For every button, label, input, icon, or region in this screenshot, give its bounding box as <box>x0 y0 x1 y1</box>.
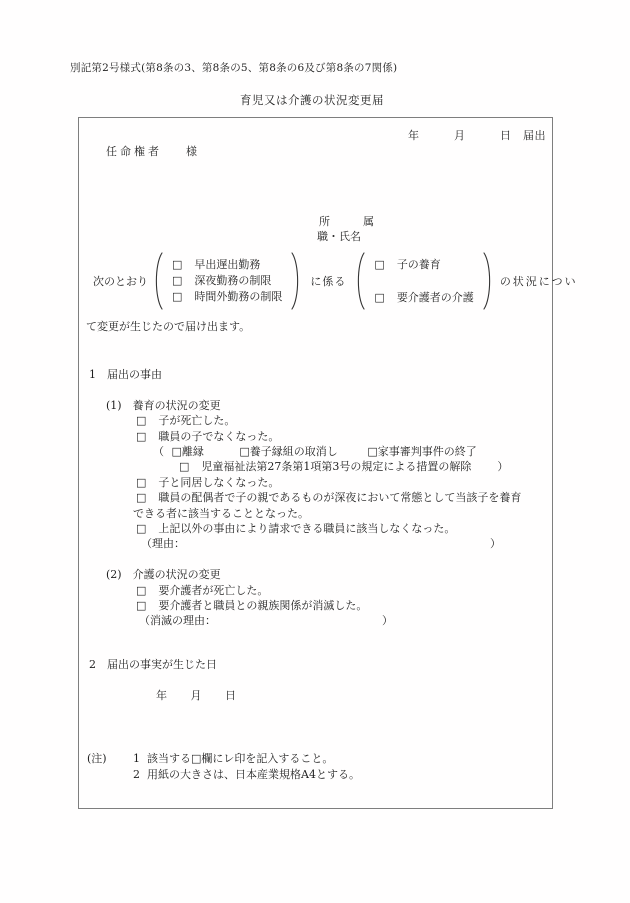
paren-close: ） <box>497 460 508 473</box>
notes-block: (注) 1 該当する□欄にレ印を記入すること。 2 用紙の大きさは、日本産業規格… <box>87 751 360 783</box>
item-label: 職員の子でなくなった。 <box>158 430 279 443</box>
work-option-item: □時間外勤務の制限 <box>172 289 282 305</box>
option-label: 早出遅出勤務 <box>194 258 260 271</box>
work-option-item: □早出遅出勤務 <box>172 257 282 273</box>
form-page: 別記第2号様式(第8条の3、第8条の5、第8条の6及び第8条の7関係) 育児又は… <box>0 0 630 903</box>
item-label: 要介護者が死亡した。 <box>158 584 268 597</box>
reason-open: （理由： <box>141 536 185 551</box>
item-label: 子と同居しなくなった。 <box>158 476 279 489</box>
paren-open: （ <box>153 445 164 458</box>
option-label: 深夜勤務の制限 <box>194 274 271 287</box>
checkbox-icon[interactable]: □ <box>179 459 189 474</box>
form-border-box: 年 月 日 届出 任命権者様 所 属 職・氏名 次のとおり □早出遅出勤務 □深… <box>78 117 553 809</box>
checkbox-item: □職員の子でなくなった。 <box>89 429 545 444</box>
care-option-list: □子の養育 □要介護者の介護 <box>366 257 481 305</box>
note-text: 該当する□欄にレ印を記入すること。 <box>147 751 333 767</box>
note-text: 用紙の大きさは、日本産業規格A4とする。 <box>147 767 360 783</box>
note-number: 2 <box>133 767 147 783</box>
item-label: 児童福祉法第27条第1項第3号の規定による措置の解除 <box>201 460 471 473</box>
inline-checkbox-option[interactable]: □養子縁組の取消し <box>239 445 337 458</box>
option-label: 時間外勤務の制限 <box>194 290 282 303</box>
checkbox-item: □子と同居しなくなった。 <box>89 475 545 490</box>
checkbox-item: □子が死亡した。 <box>89 413 545 428</box>
checkbox-item: □上記以外の事由により請求できる職員に該当しなくなった。 <box>89 521 545 536</box>
intro-continuation: て変更が生じたので届け出ます。 <box>86 318 250 334</box>
checkbox-item: □職員の配偶者で子の親であるものが深夜において常態として当該子を養育 <box>89 490 545 505</box>
checkbox-icon[interactable]: □ <box>374 290 384 305</box>
checkbox-icon[interactable]: □ <box>374 257 384 272</box>
submission-date-line: 年 月 日 届出 <box>408 127 546 143</box>
dissolution-detail-line: （ □離縁 □養子縁組の取消し □家事審判事件の終了 <box>89 444 545 459</box>
checkbox-icon[interactable]: □ <box>136 475 146 490</box>
item-label: 上記以外の事由により請求できる職員に該当しなくなった。 <box>158 522 455 535</box>
item-label: 要介護者と職員との親族関係が消滅した。 <box>158 599 367 612</box>
subsection1-heading: (1) 養育の状況の変更 <box>89 398 545 413</box>
care-option-item: □子の養育 <box>374 257 473 272</box>
occurrence-date-line: 年 月 日 <box>89 688 545 703</box>
checkbox-icon[interactable]: □ <box>136 429 146 444</box>
intro-prefix: 次のとおり <box>93 273 148 289</box>
open-paren-icon <box>151 252 164 310</box>
checkbox-icon[interactable]: □ <box>172 273 182 289</box>
care-type-bracket-group: □子の養育 □要介護者の介護 <box>353 252 494 310</box>
note-item: (注) 1 該当する□欄にレ印を記入すること。 <box>87 751 360 767</box>
close-paren-icon <box>482 252 495 310</box>
position-name-label: 職・氏名 <box>317 228 361 244</box>
work-option-item: □深夜勤務の制限 <box>172 273 282 289</box>
item-label: 子が死亡した。 <box>158 414 235 427</box>
checkbox-icon[interactable]: □ <box>172 289 182 305</box>
section2-heading: 2 届出の事実が生じた日 <box>89 657 545 672</box>
note-item: 2 用紙の大きさは、日本産業規格A4とする。 <box>87 767 360 783</box>
checkbox-icon[interactable]: □ <box>136 583 146 598</box>
checkbox-icon[interactable]: □ <box>136 521 146 536</box>
intro-connector: に係る <box>310 273 346 289</box>
honorific-label: 様 <box>186 145 200 158</box>
form-title: 育児又は介護の状況変更届 <box>240 92 384 108</box>
reason-open: （消滅の理由： <box>139 613 216 628</box>
checkbox-item: □児童福祉法第27条第1項第3号の規定による措置の解除） <box>89 459 545 474</box>
checkbox-item: □要介護者が死亡した。 <box>89 583 545 598</box>
section-reasons: 1 届出の事由 (1) 養育の状況の変更 □子が死亡した。 □職員の子でなくなっ… <box>89 367 545 629</box>
care-option-item: □要介護者の介護 <box>374 290 473 305</box>
note-number: 1 <box>133 751 147 767</box>
form-code-line: 別記第2号様式(第8条の3、第8条の5、第8条の6及び第8条の7関係) <box>70 60 397 75</box>
checkbox-icon[interactable]: □ <box>136 490 146 505</box>
inline-checkbox-option[interactable]: □離縁 <box>172 445 204 458</box>
checkbox-item: □要介護者と職員との親族関係が消滅した。 <box>89 598 545 613</box>
intro-statement: 次のとおり □早出遅出勤務 □深夜勤務の制限 □時間外勤務の制限 に係る □子の… <box>93 252 578 310</box>
work-type-bracket-group: □早出遅出勤務 □深夜勤務の制限 □時間外勤務の制限 <box>151 252 303 310</box>
item-label: 職員の配偶者で子の親であるものが深夜において常態として当該子を養育 <box>158 491 521 504</box>
section1-heading: 1 届出の事由 <box>89 367 545 382</box>
notes-label: (注) <box>87 751 133 767</box>
open-paren-icon <box>353 252 366 310</box>
checkbox-icon[interactable]: □ <box>136 598 146 613</box>
reason-close: ） <box>382 613 393 628</box>
reason-line: （理由：） <box>89 536 545 551</box>
addressee-label: 任命権者 <box>106 145 162 158</box>
option-label: 要介護者の介護 <box>397 291 474 304</box>
affiliation-label: 所 属 <box>319 213 374 229</box>
close-paren-icon <box>290 252 303 310</box>
addressee-line: 任命権者様 <box>106 143 200 159</box>
option-label: 子の養育 <box>397 258 441 271</box>
checkbox-icon[interactable]: □ <box>136 413 146 428</box>
section-occurrence-date: 2 届出の事実が生じた日 年 月 日 <box>89 657 545 703</box>
work-option-list: □早出遅出勤務 □深夜勤務の制限 □時間外勤務の制限 <box>164 257 290 305</box>
inline-checkbox-option[interactable]: □家事審判事件の終了 <box>367 445 476 458</box>
notes-label-spacer <box>87 767 133 783</box>
intro-suffix: の状況につい <box>500 273 578 289</box>
reason-close: ） <box>490 536 501 551</box>
subsection2-heading: (2) 介護の状況の変更 <box>89 567 545 582</box>
checkbox-icon[interactable]: □ <box>172 257 182 273</box>
reason-line: （消滅の理由：） <box>89 613 545 628</box>
item-continuation: できる者に該当することとなった。 <box>89 506 545 521</box>
